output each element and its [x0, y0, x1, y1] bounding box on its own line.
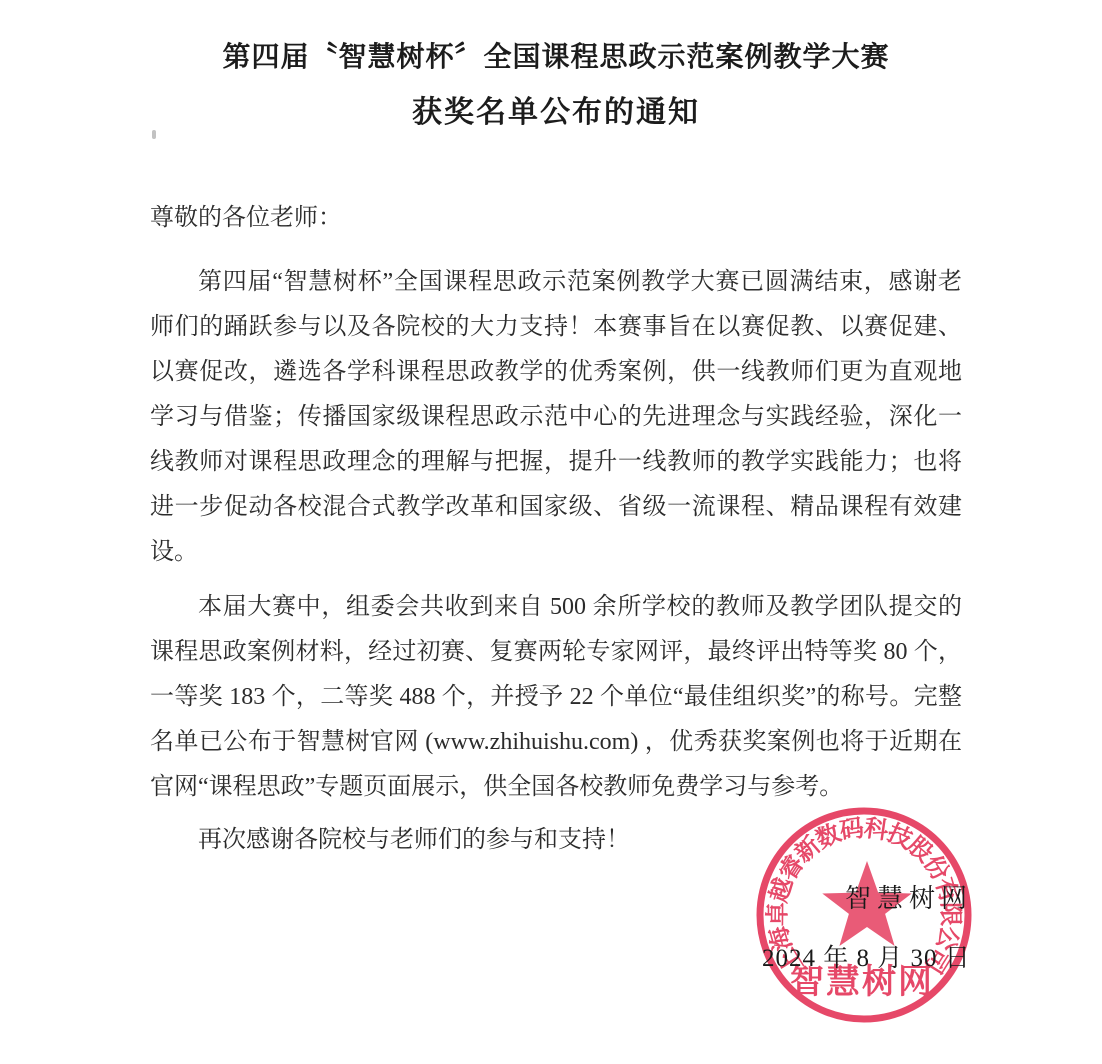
seal-company-char: 卓	[764, 902, 791, 926]
date: 2024 年 8 月 30 日	[762, 938, 971, 974]
document-title-line1: 第四届〝智慧树杯〞全国课程思政示范案例教学大赛	[150, 38, 962, 76]
notice-body: 第四届〝智慧树杯〞全国课程思政示范案例教学大赛 获奖名单公布的通知 尊敬的各位老…	[150, 0, 962, 863]
paragraph-award-results: 本届大赛中，组委会共收到来自 500 余所学校的教师及教学团队提交的课程思政案例…	[150, 585, 962, 810]
document-title-line2: 获奖名单公布的通知	[150, 94, 962, 132]
document-page: 第四届〝智慧树杯〞全国课程思政示范案例教学大赛 获奖名单公布的通知 尊敬的各位老…	[0, 0, 1102, 1064]
signature: 智慧树网	[845, 878, 973, 915]
company-seal: 上海卓越睿新数码科技股份有限公司 智慧树网	[742, 797, 982, 1033]
seal-company-char: 码	[838, 815, 866, 845]
salutation: 尊敬的各位老师：	[150, 202, 962, 234]
paragraph-competition-summary: 第四届“智慧树杯”全国课程思政示范案例教学大赛已圆满结束，感谢老师们的踊跃参与以…	[150, 260, 962, 575]
